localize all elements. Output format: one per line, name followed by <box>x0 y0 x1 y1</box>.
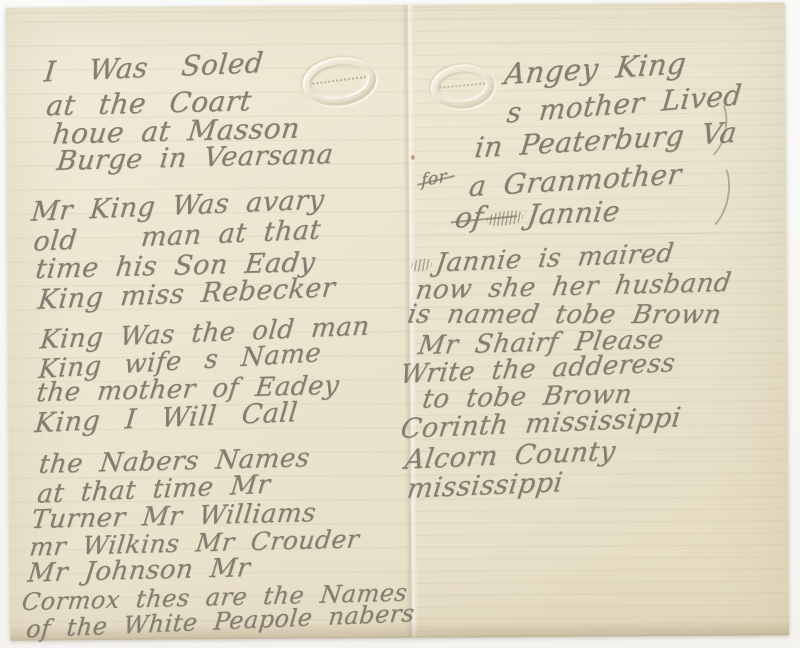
handwriting-word: Jannie <box>525 194 622 231</box>
pen-flourish <box>684 156 736 234</box>
embossed-seal-icon <box>428 62 496 112</box>
handwriting-line: ofJannie <box>453 194 622 234</box>
margin-mark-struck: for <box>421 166 447 191</box>
handwriting-line: is named tobe Brown <box>405 300 724 331</box>
paper-speck <box>411 155 415 160</box>
scribbled-mark <box>411 258 432 272</box>
handwriting-line: Burge in Vearsana <box>55 139 335 177</box>
pen-gap <box>76 246 140 249</box>
embossed-seal-inner-ring <box>307 61 371 102</box>
embossed-seal-icon <box>300 53 380 110</box>
embossed-seal-illegible-text <box>439 83 485 89</box>
embossed-seal-inner-ring <box>436 69 489 104</box>
letter-paper: I Was Soled at the Coart houe at Masson … <box>6 2 789 640</box>
embossed-seal-illegible-text <box>313 76 366 85</box>
struck-word: of <box>453 200 486 234</box>
scribbled-out-word <box>487 209 524 227</box>
handwriting-line: I Was Soled <box>43 46 265 88</box>
handwriting-line: mississippi <box>405 467 565 505</box>
